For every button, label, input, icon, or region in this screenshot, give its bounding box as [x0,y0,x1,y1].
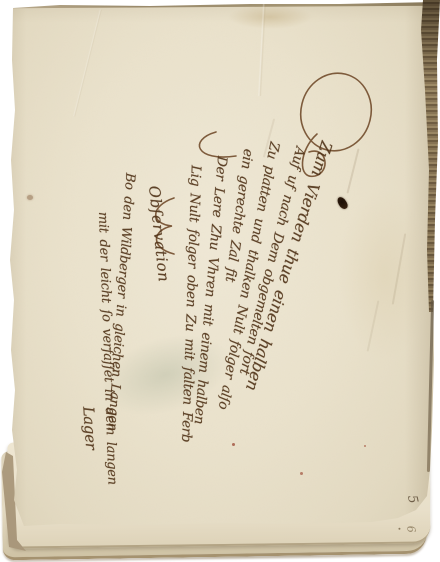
handwriting-heading-observation: Obſervation [145,185,173,283]
red-speck [364,445,366,447]
manuscript-photograph: 6 [0,0,440,562]
under-page-ink-dot [398,528,400,530]
handwriting-line: Lager [79,406,100,450]
warm-discoloration [338,190,430,360]
under-page-number: 6 [404,525,418,534]
manuscript-page: Zum Vierden thue einen halben Auf uf nac… [0,0,440,562]
handwritten-text-block: Zum Vierden thue einen halben Auf uf nac… [22,120,335,500]
tan-stain [228,5,312,29]
